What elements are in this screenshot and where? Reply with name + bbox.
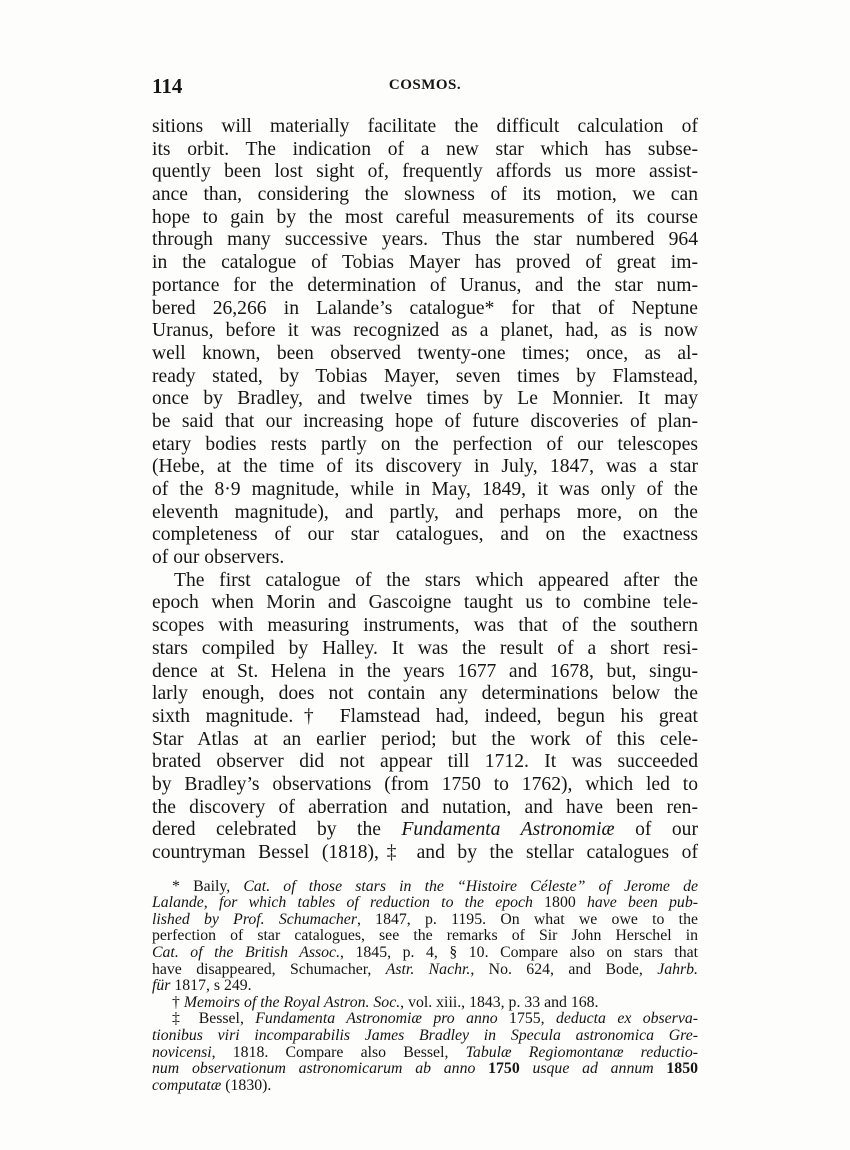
italic-run: Memoirs of the Royal Astron. Soc.	[184, 994, 400, 1011]
text-line: ready stated, by Tobias Mayer, seven tim…	[152, 366, 698, 389]
text-line: by Bradley’s observations (from 1750 to …	[152, 774, 698, 797]
italic-run: deducta ex observa-	[556, 1010, 698, 1027]
text-line: well known, been observed twenty-one tim…	[152, 343, 698, 366]
text-run: , No. 624, and Bode,	[470, 961, 657, 978]
footnote-double-dagger: ‡ Bessel, Fundamenta Astronomiæ pro anno…	[152, 1011, 698, 1028]
text-line: portance for the determination of Uranus…	[152, 275, 698, 298]
footnotes: * Baily, Cat. of those stars in the “His…	[152, 879, 698, 1095]
footnote-line: lished by Prof. Schumacher, 1847, p. 119…	[152, 912, 698, 929]
text-line: hope to gain by the most careful measure…	[152, 207, 698, 230]
text-run: Bessel,	[199, 1010, 256, 1027]
text-run: 1850	[654, 1060, 698, 1077]
text-line: of our observers.	[152, 547, 698, 570]
text-line: dered celebrated by the Fundamenta Astro…	[152, 819, 698, 842]
italic-title: Fundamenta Astronomiæ	[401, 819, 614, 840]
text-line: ance than, considering the slowness of i…	[152, 184, 698, 207]
italic-run: novicensi	[152, 1044, 212, 1061]
italic-run: Jahrb.	[657, 961, 698, 978]
text-line: eleventh magnitude), and partly, and per…	[152, 502, 698, 525]
footnote-marker: *	[172, 878, 180, 895]
footnote-line: Cat. of the British Assoc., 1845, p. 4, …	[152, 945, 698, 962]
italic-run: usque ad annum	[532, 1060, 653, 1077]
text-line: bered 26,266 in Lalande’s catalogue* for…	[152, 298, 698, 321]
italic-run: Lalande, for which tables of reduction t…	[152, 894, 544, 911]
italic-run: Tabulæ Regiomontanæ reductio-	[466, 1044, 698, 1061]
italic-run: Cat. of the British Assoc.	[152, 944, 340, 961]
text-line: epoch when Morin and Gascoigne taught us…	[152, 592, 698, 615]
text-line: the discovery of aberration and nutation…	[152, 797, 698, 820]
text-line: once by Bradley, and twelve times by Le …	[152, 388, 698, 411]
footnote-line: Lalande, for which tables of reduction t…	[152, 895, 698, 912]
text-line: larly enough, does not contain any deter…	[152, 683, 698, 706]
italic-run: Astr. Nachr.	[386, 961, 471, 978]
text-line: in the catalogue of Tobias Mayer has pro…	[152, 252, 698, 275]
text-run: have disappeared, Schumacher,	[152, 961, 386, 978]
footnote-line: have disappeared, Schumacher, Astr. Nach…	[152, 962, 698, 979]
text-run: 1817, s 249.	[170, 977, 251, 994]
book-page: 114 COSMOS. sitions will materially faci…	[152, 74, 698, 1094]
text-line: sitions will materially facilitate the d…	[152, 116, 698, 139]
text-run: , 1845, p. 4, § 10. Compare also on star…	[340, 944, 698, 961]
text-line: quently been lost sight of, frequently a…	[152, 161, 698, 184]
footnote-line: für 1817, s 249.	[152, 978, 698, 995]
text-line: sixth magnitude.† Flamstead had, indeed,…	[152, 706, 698, 729]
footnote-marker: ‡	[172, 1010, 187, 1027]
text-run: 1800	[544, 894, 576, 911]
italic-run: für	[152, 977, 170, 994]
text-line: scopes with measuring instruments, was t…	[152, 615, 698, 638]
text-line: dence at St. Helena in the years 1677 an…	[152, 661, 698, 684]
italic-run: Fundamenta Astronomiæ pro anno	[255, 1010, 497, 1027]
text-line: Star Atlas at an earlier period; but the…	[152, 729, 698, 752]
italic-run: Cat. of those stars in the “Histoire Cél…	[243, 878, 698, 895]
footnote-line: perfection of star catalogues, see the r…	[152, 928, 698, 945]
text-line: stars compiled by Halley. It was the res…	[152, 638, 698, 661]
text-run: (1830).	[221, 1077, 271, 1094]
text-line: be said that our increasing hope of futu…	[152, 411, 698, 434]
footnote-line: num observationum astronomicarum ab anno…	[152, 1061, 698, 1078]
italic-run: have been pub-	[576, 894, 698, 911]
text-run: of our	[615, 819, 698, 840]
italic-run: num observationum astronomicarum ab anno	[152, 1060, 475, 1077]
footnote-marker: †	[172, 994, 180, 1011]
body-text: sitions will materially facilitate the d…	[152, 116, 698, 865]
italic-run: computatæ	[152, 1077, 221, 1094]
text-run: 1750	[475, 1060, 532, 1077]
running-head: 114 COSMOS.	[152, 74, 698, 102]
italic-run: tionibus viri incomparabilis James Bradl…	[152, 1027, 698, 1044]
footnote-line: novicensi, 1818. Compare also Bessel, Ta…	[152, 1045, 698, 1062]
running-title: COSMOS.	[152, 77, 698, 94]
footnote-dagger: † Memoirs of the Royal Astron. Soc., vol…	[152, 995, 698, 1012]
footnote-star: * Baily, Cat. of those stars in the “His…	[152, 879, 698, 896]
text-line: brated observer did not appear till 1712…	[152, 751, 698, 774]
text-line: (Hebe, at the time of its discovery in J…	[152, 456, 698, 479]
text-line: completeness of our star catalogues, and…	[152, 524, 698, 547]
text-line: etary bodies rests partly on the perfect…	[152, 434, 698, 457]
text-line: its orbit. The indication of a new star …	[152, 139, 698, 162]
text-run: , 1847, p. 1195. On what we owe to the	[357, 911, 698, 928]
footnote-line: computatæ (1830).	[152, 1078, 698, 1095]
text-line: Uranus, before it was recognized as a pl…	[152, 320, 698, 343]
text-run: Baily,	[193, 878, 243, 895]
text-run: 1755,	[498, 1010, 556, 1027]
text-line: countryman Bessel (1818),‡ and by the st…	[152, 842, 698, 865]
italic-run: lished by Prof. Schumacher	[152, 911, 357, 928]
footnote-line: tionibus viri incomparabilis James Bradl…	[152, 1028, 698, 1045]
text-run: , 1818. Compare also Bessel,	[212, 1044, 466, 1061]
text-run: , vol. xiii., 1843, p. 33 and 168.	[400, 994, 598, 1011]
paragraph-start: The first catalogue of the stars which a…	[152, 570, 698, 593]
text-run: dered celebrated by the	[152, 819, 401, 840]
text-line: of the 8·9 magnitude, while in May, 1849…	[152, 479, 698, 502]
text-line: through many successive years. Thus the …	[152, 229, 698, 252]
